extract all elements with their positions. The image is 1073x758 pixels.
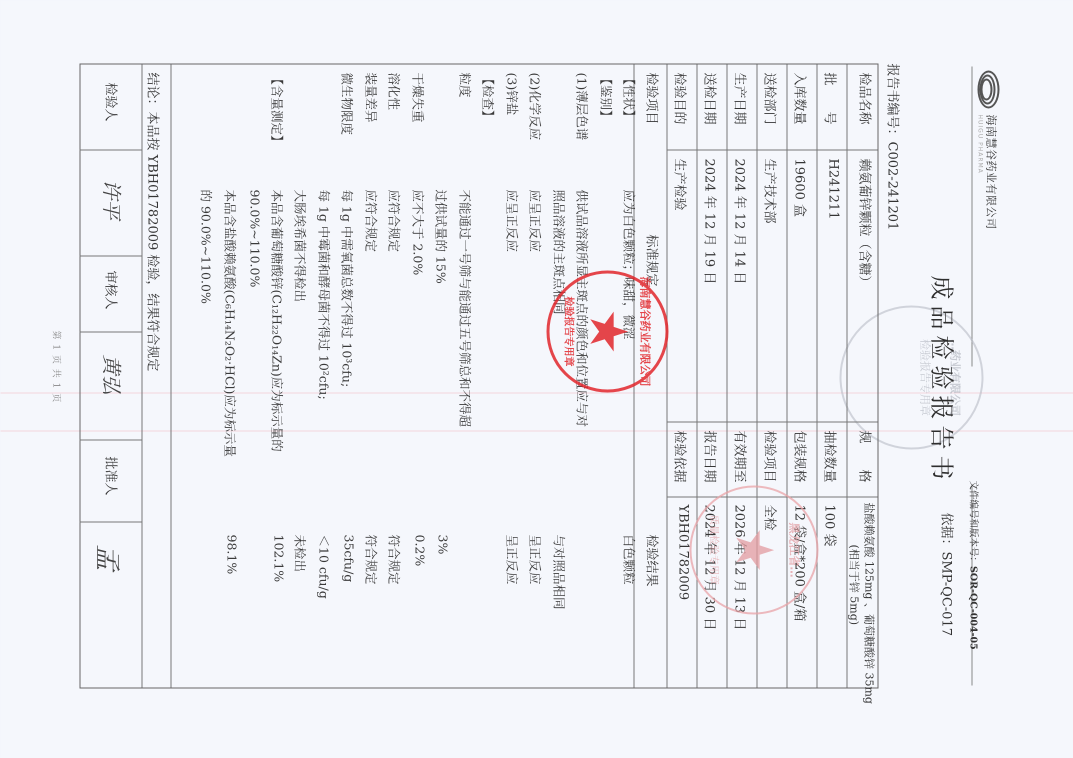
result-item: 【检查】: [480, 72, 498, 122]
conclusion: 结论：本品按 YBH01782009 检验，结果符合规定: [144, 72, 163, 371]
result-item: 装量差异: [362, 72, 380, 122]
inspector-label: 检验人: [102, 82, 121, 121]
info-label: 检品名称: [856, 72, 875, 124]
result-item: 粒度: [456, 72, 474, 97]
red-company-stamp: 海南慧谷药业有限公司 ★ 检验报告专用章: [546, 270, 668, 392]
result-standard: 90.0%~110.0%: [248, 189, 263, 287]
result-value: 符合规定: [386, 534, 404, 584]
approver-signature: 孟: [90, 544, 127, 570]
result-value: ＜10 cfu/g: [315, 534, 333, 598]
result-value: 呈正反应: [527, 534, 545, 584]
result-standard: 应符合规定: [362, 189, 380, 252]
result-value: 与对照品相同: [550, 534, 568, 609]
result-value: 35cfu/g: [342, 534, 357, 582]
result-standard: 大肠埃希菌不得检出: [292, 189, 310, 302]
result-value: 0.2%: [412, 534, 427, 566]
info-value: 100 袋: [821, 504, 840, 546]
result-value: 白色颗粒: [621, 534, 639, 584]
column-header-result: 检验结果: [643, 534, 662, 586]
result-standard: 每 1g 中霉菌和酵母菌不得过 10²cfu;: [315, 189, 333, 399]
info-label: 批 号: [821, 72, 840, 124]
info-value: H241211: [825, 158, 840, 219]
info-label: 生产日期: [731, 72, 750, 124]
info-value: 2024 年 12 月 14 日: [731, 158, 750, 284]
result-item: (1)薄层色谱: [574, 72, 592, 140]
info-value: 生产技术部: [761, 158, 780, 223]
document-number: 文件编号和版本号：SOR-QC-004-05: [967, 480, 981, 649]
result-value: 呈正反应: [503, 534, 521, 584]
header-divider: [971, 66, 972, 366]
info-label: 检验目的: [671, 72, 690, 124]
result-standard: 本品含葡萄糖酸锌(C₁₂H₂₂O₁₄Zn)应为标示量的: [268, 189, 286, 451]
result-value: 符合规定: [362, 534, 380, 584]
result-value: 98.1%: [224, 534, 239, 574]
inspection-report-page: 海南慧谷药业有限公司 HUIGU PHARMA 文件编号和版本号：SOR-QC-…: [0, 0, 1073, 758]
info-value: (相当于锌 5mg): [846, 544, 862, 625]
info-value: 盐酸赖氨酸 125mg 、葡萄糖酸锌 35mg: [861, 502, 877, 703]
info-value: 赖氨葡锌颗粒（含糖）: [856, 158, 875, 288]
company-logo-icon: [975, 68, 1001, 108]
basis-reference: 依据：SMP-QC-017: [938, 512, 957, 635]
result-item: 【含量测定】: [268, 72, 286, 147]
result-value: 未检出: [292, 534, 310, 572]
info-value: 2024 年 12 月 19 日: [701, 158, 720, 284]
approver-label: 批准人: [102, 456, 121, 495]
result-item: (2)化学反应: [527, 72, 545, 140]
result-standard: 本品含盐酸赖氨酸(C₆H₁₄N₂O₂·HCl)应为标示量: [221, 189, 239, 456]
star-icon: ★: [728, 526, 780, 573]
company-logo: 海南慧谷药业有限公司 HUIGU PHARMA: [975, 68, 1001, 229]
info-label: 抽检数量: [821, 430, 840, 482]
red-quality-stamp: 黑龙江省… ★ 质量检验专用章: [689, 485, 818, 614]
company-name-en: HUIGU PHARMA: [977, 114, 984, 229]
result-standard: 应不大于 2.0%: [409, 189, 427, 275]
reviewer-signature: 黄弘: [98, 354, 127, 394]
info-label: 送检日期: [701, 72, 720, 124]
report-number: 报告书编号：C002-241201: [884, 63, 903, 230]
result-standard: 不能通过一号筛与能通过五号筛总和不得超: [456, 189, 474, 427]
page-footer: 第 1 页 共 1 页: [50, 330, 63, 403]
result-value: 102.1%: [271, 534, 286, 582]
result-item: 溶化性: [386, 72, 404, 110]
result-standard: 的 90.0%~110.0%: [198, 189, 216, 303]
info-label: 有效期至: [731, 430, 750, 482]
column-header-item: 检验项目: [643, 72, 662, 124]
company-name: 海南慧谷药业有限公司: [984, 114, 1000, 229]
info-label: 入库数量: [791, 72, 810, 124]
info-value: 19600 盒: [791, 158, 810, 217]
result-item: 【性状】: [621, 72, 639, 122]
reviewer-label: 审核人: [102, 270, 121, 309]
page-title: 成品检验报告书: [926, 250, 961, 510]
result-item: (3)锌盐: [503, 72, 521, 115]
inspector-signature: 许平: [98, 179, 127, 219]
info-label: 包装规格: [791, 430, 810, 482]
result-standard: 过供试量的 15%: [433, 189, 451, 283]
star-icon: ★: [581, 308, 633, 355]
result-standard: 应呈正反应: [503, 189, 521, 252]
result-item: 干燥失重: [409, 72, 427, 122]
result-standard: 应呈正反应: [527, 189, 545, 252]
result-item: 【鉴别】: [597, 72, 615, 122]
info-label: 检验项目: [761, 430, 780, 482]
info-label: 检验依据: [671, 430, 690, 482]
result-item: 微生物限度: [339, 72, 357, 135]
info-value: 生产检验: [671, 158, 690, 210]
result-value: 3%: [436, 534, 451, 554]
info-label: 报告日期: [701, 430, 720, 482]
info-label: 规 格: [856, 430, 875, 482]
result-standard: 每 1g 中需氧菌总数不得过 10³cfu;: [339, 189, 357, 387]
info-value: YBH01782009: [675, 504, 690, 600]
result-standard: 应符合规定: [386, 189, 404, 252]
info-label: 送检部门: [761, 72, 780, 124]
